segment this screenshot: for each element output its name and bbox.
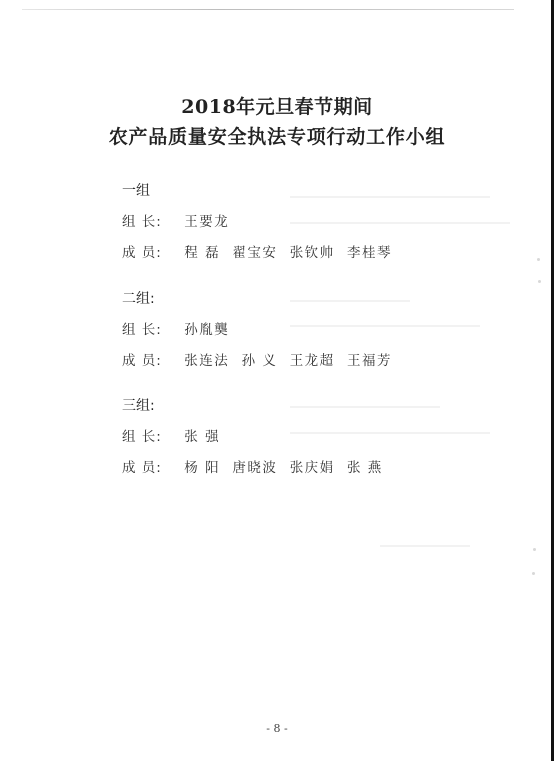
- scan-speck: [538, 280, 541, 283]
- group-2: 二组: 组 长: 孙胤龑 成 员: 张连法 孙 义 王龙超 王福芳: [122, 284, 400, 377]
- scan-speck: [532, 572, 535, 575]
- member-name: 张连法: [184, 353, 229, 369]
- member-name: 程 磊: [184, 245, 220, 261]
- group-1: 一组 组 长: 王要龙 成 员: 程 磊 翟宝安 张钦帅 李桂琴: [122, 176, 400, 269]
- document-title-line-1: 2018年元旦春节期间: [0, 92, 554, 119]
- members-label: 成 员:: [122, 453, 180, 484]
- member-name: 张庆娟: [290, 460, 335, 476]
- member-name: 翟宝安: [232, 245, 277, 261]
- group-heading: 二组:: [122, 284, 400, 315]
- leader-label: 组 长:: [122, 207, 180, 238]
- member-name: 杨 阳: [184, 460, 220, 476]
- member-name: 张钦帅: [290, 245, 335, 261]
- document-title-line-2: 农产品质量安全执法专项行动工作小组: [0, 122, 554, 149]
- member-name: 孙 义: [242, 353, 278, 369]
- scan-speck: [533, 548, 536, 551]
- page-number: - 8 -: [0, 722, 554, 735]
- scan-speck: [537, 258, 540, 261]
- leader-label: 组 长:: [122, 422, 180, 453]
- group-heading: 三组:: [122, 391, 391, 422]
- group-heading: 一组: [122, 176, 400, 207]
- group-leader-row: 组 长: 王要龙: [122, 207, 400, 238]
- group-members-row: 成 员: 程 磊 翟宝安 张钦帅 李桂琴: [122, 238, 400, 269]
- group-3: 三组: 组 长: 张 强 成 员: 杨 阳 唐晓波 张庆娟 张 燕: [122, 391, 391, 484]
- group-leader-row: 组 长: 张 强: [122, 422, 391, 453]
- members-label: 成 员:: [122, 346, 180, 377]
- member-name: 王龙超: [290, 353, 335, 369]
- bleed-through: [380, 545, 470, 547]
- leader-label: 组 长:: [122, 315, 180, 346]
- top-rule: [22, 9, 514, 10]
- member-name: 张 燕: [347, 460, 383, 476]
- leader-name: 张 强: [184, 429, 220, 445]
- members-label: 成 员:: [122, 238, 180, 269]
- group-members-row: 成 员: 杨 阳 唐晓波 张庆娟 张 燕: [122, 453, 391, 484]
- member-name: 李桂琴: [347, 245, 392, 261]
- leader-name: 孙胤龑: [184, 322, 229, 338]
- group-leader-row: 组 长: 孙胤龑: [122, 315, 400, 346]
- member-name: 唐晓波: [232, 460, 277, 476]
- leader-name: 王要龙: [184, 214, 229, 230]
- group-members-row: 成 员: 张连法 孙 义 王龙超 王福芳: [122, 346, 400, 377]
- member-name: 王福芳: [347, 353, 392, 369]
